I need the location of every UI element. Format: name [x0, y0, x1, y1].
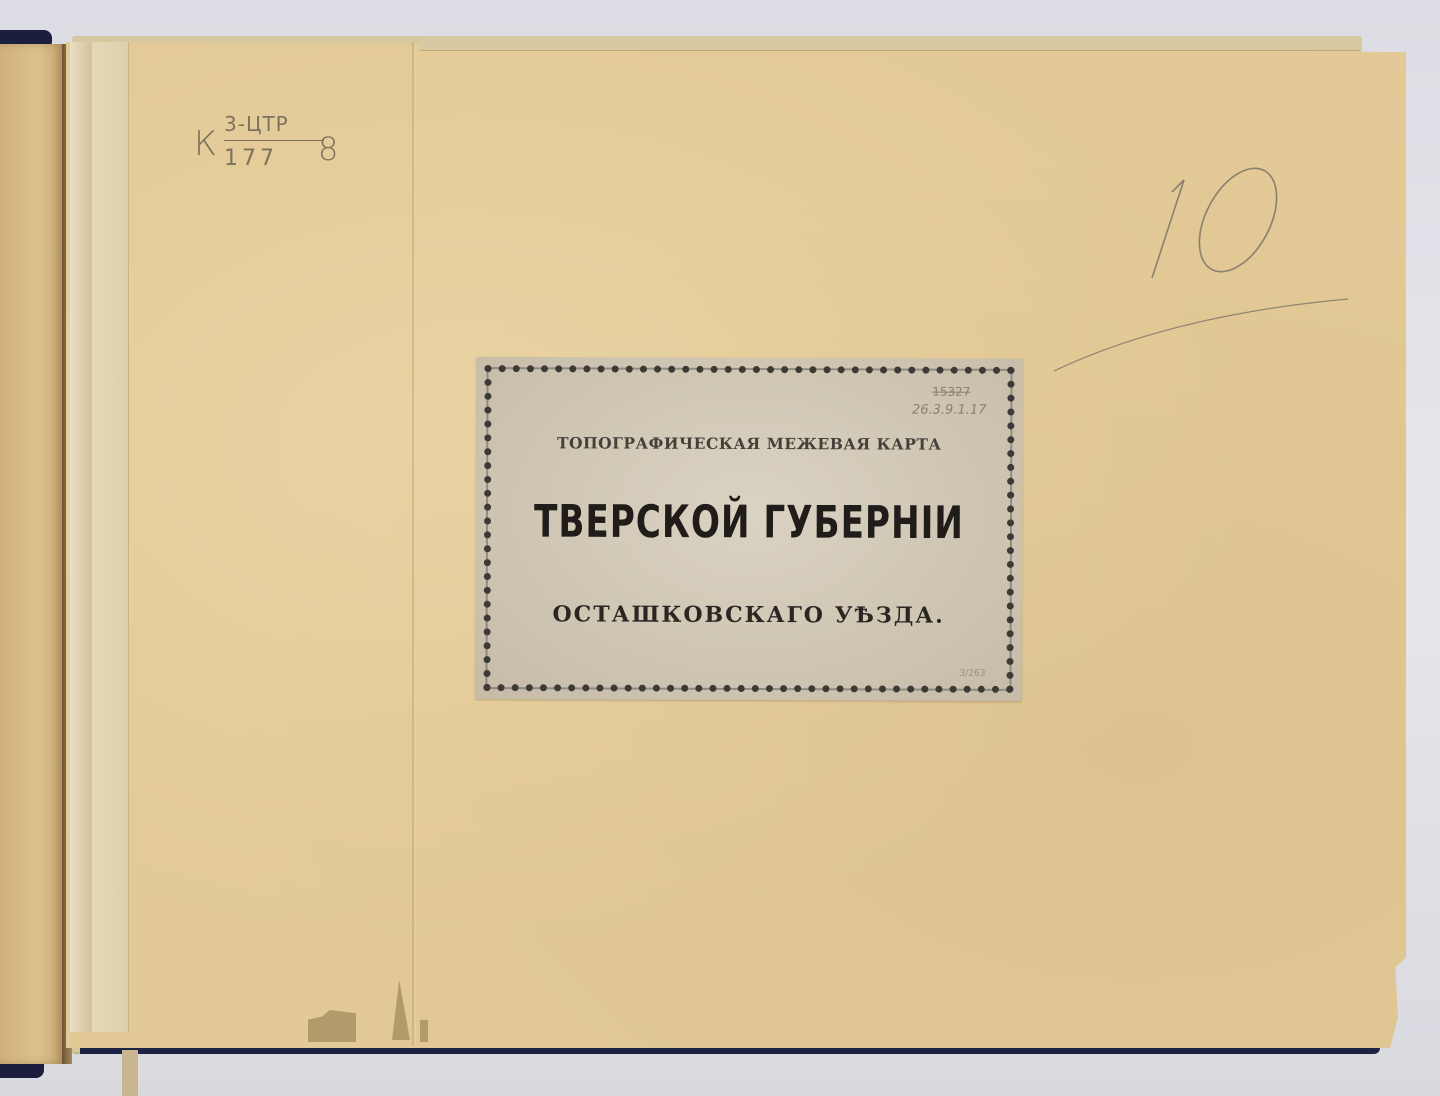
- struck-inventory-number: 15327: [932, 385, 970, 399]
- fold-line: [412, 42, 416, 1046]
- small-pencil-note: 3/263: [960, 669, 986, 679]
- label-title-line: ТОПОГРАФИЧЕСКАЯ МЕЖЕВАЯ КАРТА: [476, 433, 1022, 454]
- top-flap-edge: [420, 38, 1360, 51]
- shelf-mark: К 3-ЦТР 177 8: [190, 108, 360, 178]
- left-cover-page: [0, 44, 64, 1064]
- shelf-mark-denominator: 177: [224, 146, 278, 171]
- shelf-mark-prefix: К: [194, 124, 217, 164]
- bookmark-ribbon[interactable]: [122, 1050, 138, 1096]
- hinge-tape: [92, 42, 129, 1032]
- paper-tear: [420, 1020, 428, 1042]
- shelf-mark-volume: 8: [318, 130, 338, 168]
- spine-strip: [70, 42, 93, 1032]
- handwritten-date: 26.3.9.1.17: [912, 403, 986, 418]
- binding-cloth-bottom: [0, 1064, 44, 1078]
- pencil-stroke: [1052, 295, 1352, 375]
- shelf-mark-fraction-bar: [224, 140, 324, 141]
- title-label: 15327 26.3.9.1.17 ТОПОГРАФИЧЕСКАЯ МЕЖЕВА…: [475, 357, 1022, 701]
- label-province-line: ТВЕРСКОЙ ГУБЕРНІИ: [476, 495, 1022, 549]
- label-district-line: ОСТАШКОВСКАГО УѢЗДА.: [476, 601, 1022, 629]
- pencil-number-ten: 10: [1150, 150, 1290, 290]
- shelf-mark-numerator: 3-ЦТР: [224, 112, 289, 136]
